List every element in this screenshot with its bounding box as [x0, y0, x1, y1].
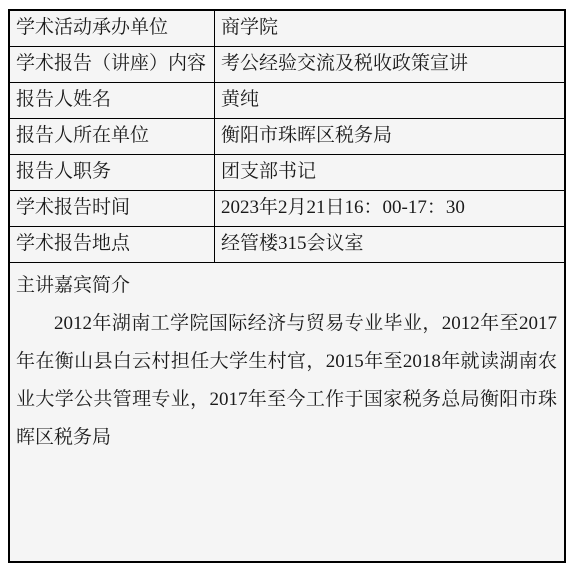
- profile-heading: 主讲嘉宾简介: [16, 267, 557, 305]
- table-row-speaker-name: 报告人姓名 黄纯: [10, 83, 564, 119]
- table-row-report-location: 学术报告地点 经管楼315会议室: [10, 227, 564, 263]
- row-label: 学术报告（讲座）内容: [10, 47, 215, 82]
- row-label: 报告人所在单位: [10, 119, 215, 154]
- table-row-speaker-title: 报告人职务 团支部书记: [10, 155, 564, 191]
- table-row-speaker-unit: 报告人所在单位 衡阳市珠晖区税务局: [10, 119, 564, 155]
- row-value: 经管楼315会议室: [215, 227, 564, 262]
- table-row-host-unit: 学术活动承办单位 商学院: [10, 11, 564, 47]
- table-row-report-time: 学术报告时间 2023年2月21日16：00-17：30: [10, 191, 564, 227]
- row-label: 报告人职务: [10, 155, 215, 190]
- row-value: 2023年2月21日16：00-17：30: [215, 191, 564, 226]
- row-label: 学术报告时间: [10, 191, 215, 226]
- row-value: 团支部书记: [215, 155, 564, 190]
- row-value: 商学院: [215, 11, 564, 46]
- row-label: 报告人姓名: [10, 83, 215, 118]
- speaker-profile-cell: 主讲嘉宾简介 2012年湖南工学院国际经济与贸易专业毕业，2012年至2017年…: [10, 263, 564, 561]
- row-value: 考公经验交流及税收政策宣讲: [215, 47, 564, 82]
- table-row-report-content: 学术报告（讲座）内容 考公经验交流及税收政策宣讲: [10, 47, 564, 83]
- row-value: 衡阳市珠晖区税务局: [215, 119, 564, 154]
- academic-report-info-table: 学术活动承办单位 商学院 学术报告（讲座）内容 考公经验交流及税收政策宣讲 报告…: [8, 9, 566, 563]
- row-label: 学术报告地点: [10, 227, 215, 262]
- row-value: 黄纯: [215, 83, 564, 118]
- profile-body: 2012年湖南工学院国际经济与贸易专业毕业，2012年至2017年在衡山县白云村…: [16, 305, 557, 457]
- row-label: 学术活动承办单位: [10, 11, 215, 46]
